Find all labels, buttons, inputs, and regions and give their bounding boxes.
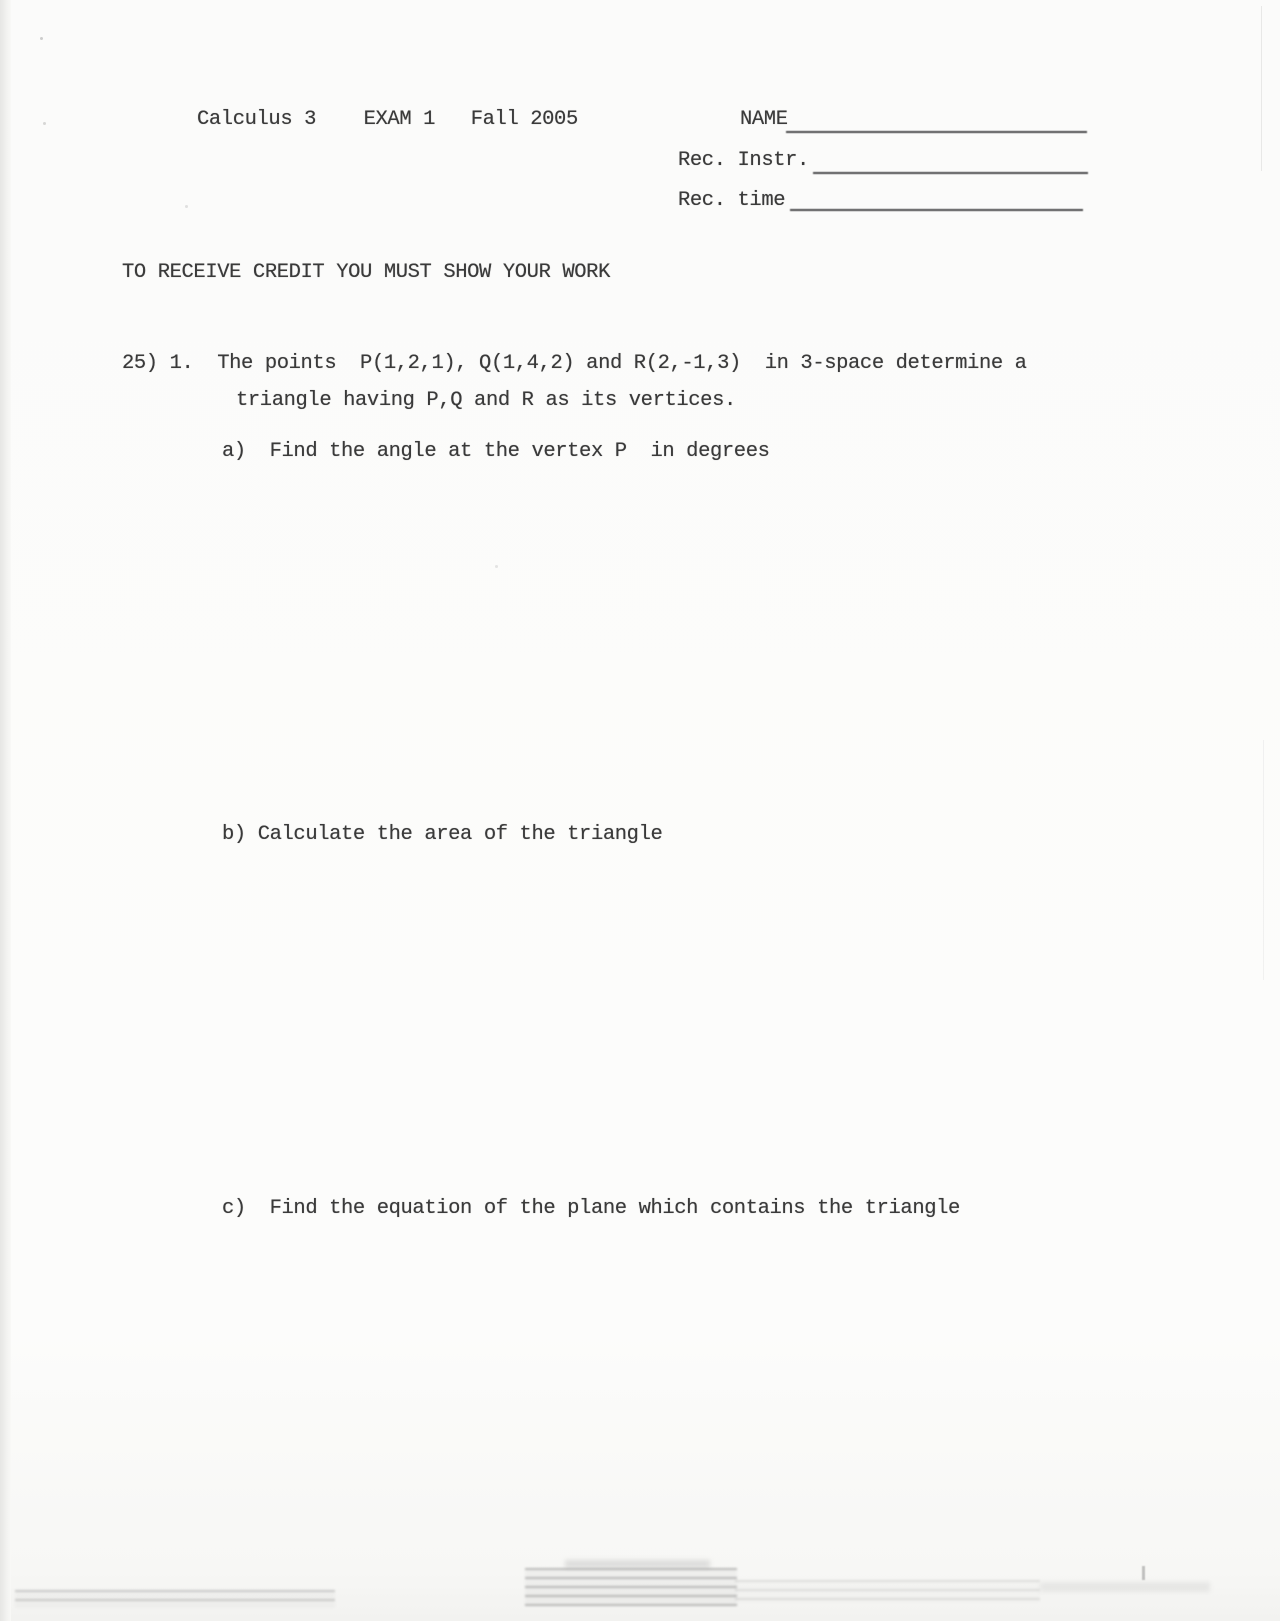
scanned-exam-page: Calculus 3 EXAM 1 Fall 2005 NAME Rec. In…: [0, 0, 1280, 1621]
scan-mark-tick: [1142, 1566, 1145, 1580]
scan-right-edge-line: [1261, 6, 1262, 171]
scan-smudge-far-right: [1040, 1582, 1210, 1592]
paper-speck: [495, 565, 498, 568]
paper-speck: [40, 37, 43, 40]
rec-instr-fill-line: [813, 172, 1088, 174]
rec-instr-label: Rec. Instr.: [678, 149, 809, 173]
credit-instruction: TO RECEIVE CREDIT YOU MUST SHOW YOUR WOR…: [122, 261, 610, 285]
scan-smudge-right: [735, 1580, 1040, 1602]
problem-statement-line2: triangle having P,Q and R as its vertice…: [236, 389, 736, 413]
rec-time-fill-line: [790, 209, 1083, 211]
scan-smudge-center: [525, 1568, 737, 1606]
paper-speck: [43, 122, 46, 125]
rec-time-label: Rec. time: [678, 189, 785, 213]
scan-smudge-center-top: [565, 1560, 710, 1568]
problem-part-b: b) Calculate the area of the triangle: [222, 823, 662, 847]
problem-statement-line1: 25) 1. The points P(1,2,1), Q(1,4,2) and…: [122, 352, 1027, 376]
problem-part-a: a) Find the angle at the vertex P in deg…: [222, 440, 770, 464]
scan-left-edge-shadow: [0, 0, 11, 1621]
scan-smudge-left: [15, 1590, 335, 1608]
paper-speck: [185, 205, 188, 208]
scan-right-edge-line: [1263, 740, 1264, 980]
problem-part-c: c) Find the equation of the plane which …: [222, 1197, 960, 1221]
name-label: NAME: [740, 108, 788, 132]
exam-title: Calculus 3 EXAM 1 Fall 2005: [197, 108, 578, 132]
name-fill-line: [786, 131, 1087, 133]
